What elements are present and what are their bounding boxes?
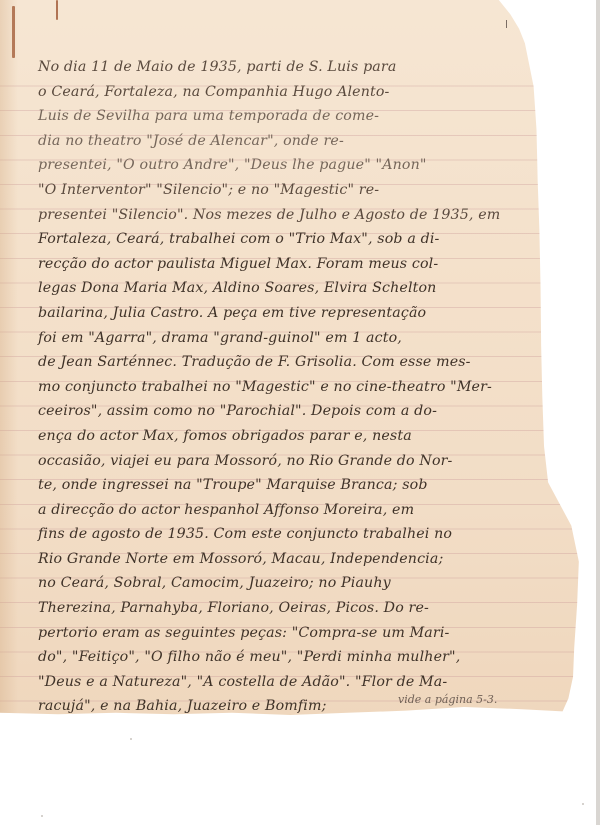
manuscript-line-21: Rio Grande Norte em Mossoró, Macau, Inde… xyxy=(38,547,578,572)
manuscript-line-5: presentei, "O outro Andre", "Deus lhe pa… xyxy=(38,153,578,178)
manuscript-line-20: fins de agosto de 1935. Com este conjunc… xyxy=(38,522,578,547)
manuscript-line-25: do", "Feitiço", "O filho não é meu", "Pe… xyxy=(38,645,578,670)
scan-edge xyxy=(596,0,600,825)
manuscript-line-29: Cabo 70," "Irmãos tua mãe", "Comediante xyxy=(38,744,578,769)
manuscript-line-9: recção do actor paulista Miguel Max. For… xyxy=(38,252,578,277)
dust-speck xyxy=(582,803,584,805)
manuscript-line-4: dia no theatro "José de Alencar", onde r… xyxy=(38,129,578,154)
manuscript-line-16: ença do actor Max, fomos obrigados parar… xyxy=(38,424,578,449)
manuscript-line-15: ceeiros", assim como no "Parochial". Dep… xyxy=(38,399,578,424)
manuscript-line-17: occasião, viajei eu para Mossoró, no Rio… xyxy=(38,449,578,474)
manuscript-line-6: "O Interventor" "Silencio"; e no "Magest… xyxy=(38,178,578,203)
manuscript-paper: 5 No dia 11 de Maio de 1935, parti de S.… xyxy=(0,0,580,720)
manuscript-line-10: legas Dona Maria Max, Aldino Soares, Elv… xyxy=(38,276,578,301)
manuscript-line-8: Fortaleza, Ceará, trabalhei com o "Trio … xyxy=(38,227,578,252)
manuscript-line-13: de Jean Sarténnec. Tradução de F. Grisol… xyxy=(38,350,578,375)
page-number: 5 xyxy=(521,15,531,34)
pin-hole-mark xyxy=(56,0,58,20)
manuscript-line-12: foi em "Agarra", drama "grand-guinol" em… xyxy=(38,326,578,351)
manuscript-line-11: bailarina, Julia Castro. A peça em tive … xyxy=(38,301,578,326)
rust-stain-mark xyxy=(12,6,15,58)
manuscript-line-23: Therezina, Parnahyba, Floriano, Oeiras, … xyxy=(38,596,578,621)
page-number-tick xyxy=(506,20,507,28)
manuscript-line-3: Luis de Sevilha para uma temporada de co… xyxy=(38,104,578,129)
manuscript-line-7: presentei "Silencio". Nos mezes de Julho… xyxy=(38,203,578,228)
dust-speck xyxy=(41,815,43,817)
manuscript-line-2: o Ceará, Fortaleza, na Companhia Hugo Al… xyxy=(38,80,578,105)
manuscript-line-22: no Ceará, Sobral, Camocim, Juazeiro; no … xyxy=(38,571,578,596)
manuscript-line-1: No dia 11 de Maio de 1935, parti de S. L… xyxy=(38,55,578,80)
continuation-note: vide a página 5-3. xyxy=(398,693,497,706)
manuscript-line-14: mo conjuncto trabalhei no "Magestic" e n… xyxy=(38,375,578,400)
manuscript-line-24: pertorio eram as seguintes peças: "Compr… xyxy=(38,621,578,646)
manuscript-line-26: "Deus e a Natureza", "A costella de Adão… xyxy=(38,670,578,695)
manuscript-line-28: em Pernambuco, Petrolina, "Mater Doloros… xyxy=(38,719,578,744)
manuscript-line-18: te, onde ingressei na "Troupe" Marquise … xyxy=(38,473,578,498)
handwritten-text-block: No dia 11 de Maio de 1935, parti de S. L… xyxy=(38,55,578,768)
manuscript-line-19: a direcção do actor hespanhol Affonso Mo… xyxy=(38,498,578,523)
dust-speck xyxy=(130,738,132,740)
